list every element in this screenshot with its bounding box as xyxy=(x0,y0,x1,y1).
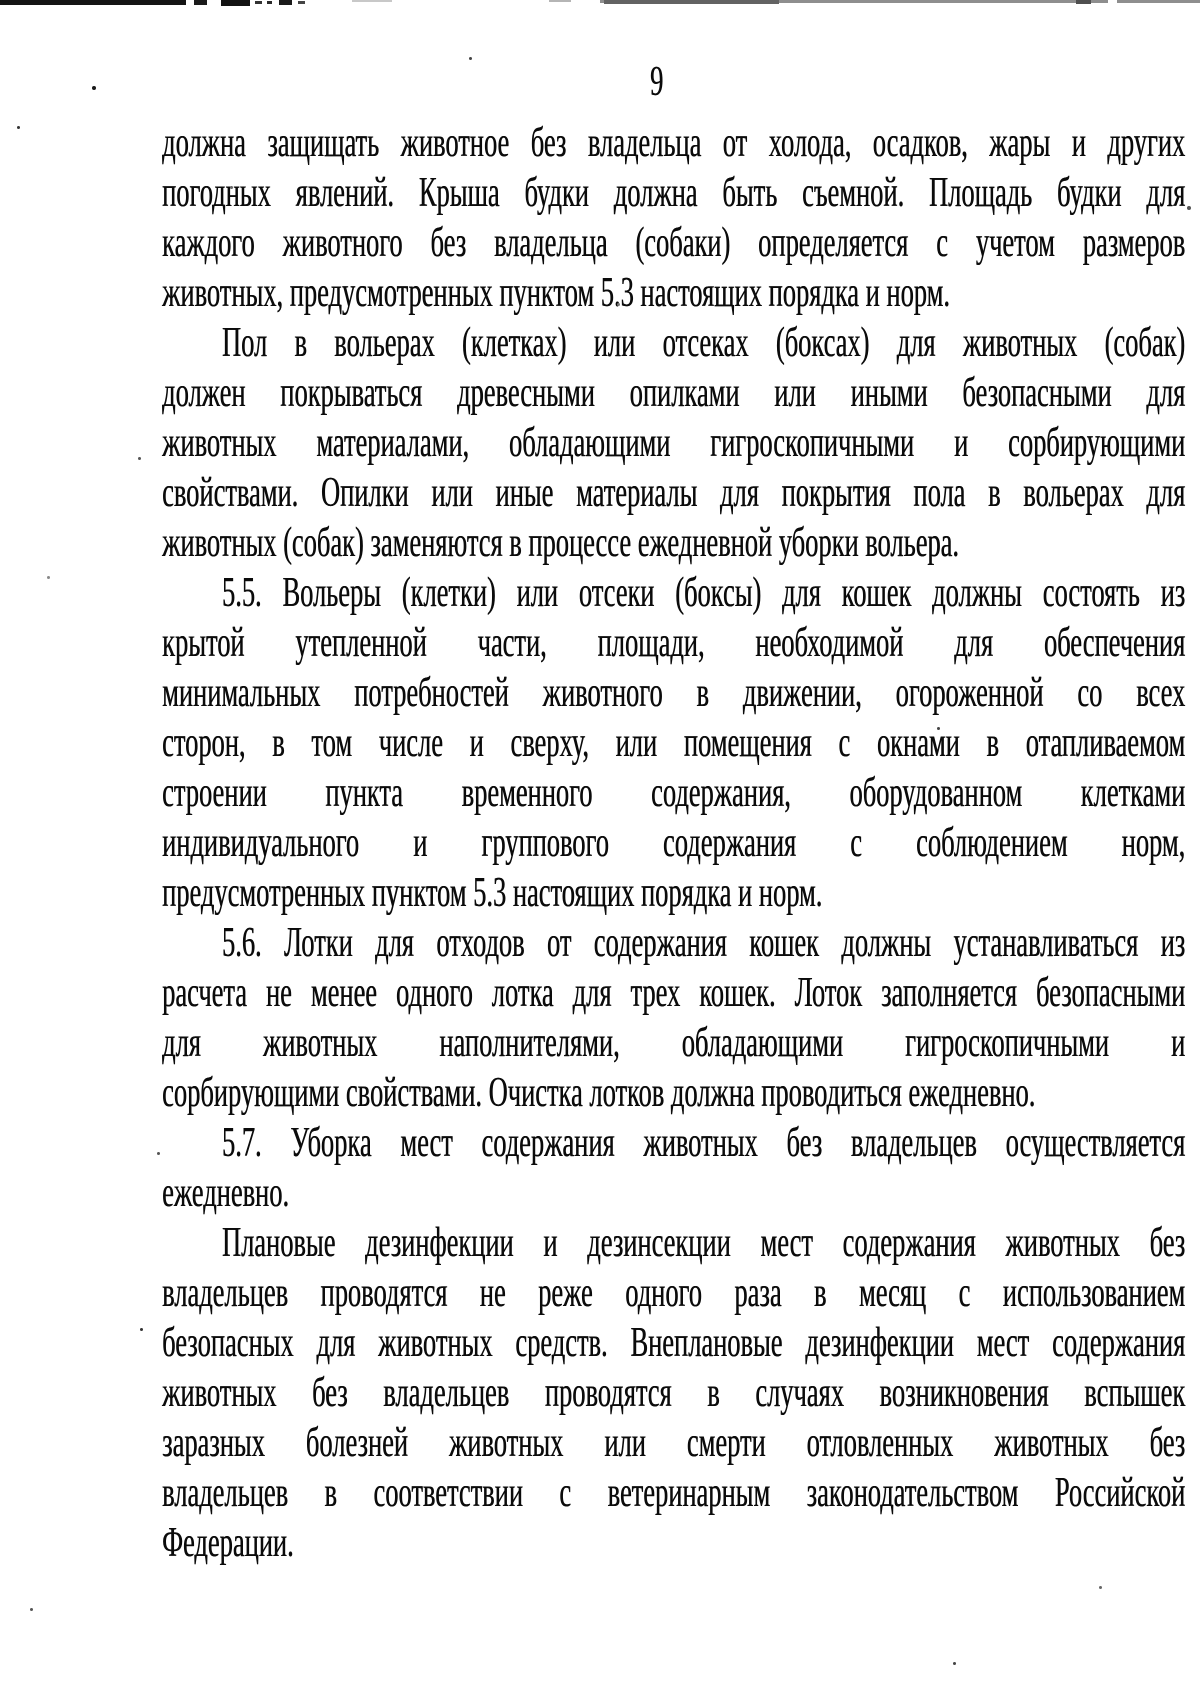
text-line: 5.5. Вольеры (клетки) или отсеки (боксы)… xyxy=(162,568,1185,618)
page-number: 9 xyxy=(650,61,663,103)
scan-speck xyxy=(140,1328,143,1331)
scan-speck xyxy=(30,1608,33,1611)
scan-edge-mark xyxy=(0,0,186,5)
document-text-block: должна защищать животное без владельца о… xyxy=(162,118,1185,1568)
scan-edge-mark xyxy=(549,0,571,2)
text-line: безопасных для животных средств. Внеплан… xyxy=(162,1318,1185,1368)
text-line: 5.7. Уборка мест содержания животных без… xyxy=(162,1118,1185,1168)
text-line: 5.6. Лотки для отходов от содержания кош… xyxy=(162,918,1185,968)
scan-speck xyxy=(17,126,20,129)
scan-speck xyxy=(230,186,233,189)
scan-edge-mark xyxy=(221,0,250,6)
text-line: сторон, в том числе и сверху, или помеще… xyxy=(162,718,1185,768)
scan-speck xyxy=(138,457,141,460)
text-line: заразных болезней животных или смерти от… xyxy=(162,1418,1185,1468)
scan-speck xyxy=(937,727,940,730)
scan-edge-mark xyxy=(352,0,392,2)
scan-speck xyxy=(1099,1586,1102,1589)
text-line: должна защищать животное без владельца о… xyxy=(162,118,1185,168)
text-line: Федерации. xyxy=(162,1518,1185,1568)
scan-edge-mark xyxy=(279,0,292,5)
text-line: животных материалами, обладающими гигрос… xyxy=(162,418,1185,468)
scan-edge-mark xyxy=(194,0,207,5)
scan-edge-mark xyxy=(267,1,272,4)
text-line: Пол в вольерах (клетках) или отсеках (бо… xyxy=(162,318,1185,368)
text-line: расчета не менее одного лотка для трех к… xyxy=(162,968,1185,1018)
text-line: должен покрываться древесными опилками и… xyxy=(162,368,1185,418)
text-line: животных без владельцев проводятся в слу… xyxy=(162,1368,1185,1418)
text-line: индивидуального и группового содержания … xyxy=(162,818,1185,868)
text-line: для животных наполнителями, обладающими … xyxy=(162,1018,1185,1068)
text-line: владельцев проводятся не реже одного раз… xyxy=(162,1268,1185,1318)
scan-edge-mark xyxy=(1076,0,1091,4)
scan-speck xyxy=(1187,206,1191,210)
scan-speck xyxy=(47,576,50,579)
text-line: ежедневно. xyxy=(162,1168,1185,1218)
text-line: предусмотренных пунктом 5.3 настоящих по… xyxy=(162,868,1185,918)
text-line: погодных явлений. Крыша будки должна быт… xyxy=(162,168,1185,218)
text-line: животных, предусмотренных пунктом 5.3 на… xyxy=(162,268,1185,318)
text-line: сорбирующими свойствами. Очистка лотков … xyxy=(162,1068,1185,1118)
text-line: минимальных потребностей животного в дви… xyxy=(162,668,1185,718)
text-line: крытой утепленной части, площади, необхо… xyxy=(162,618,1185,668)
text-line: Плановые дезинфекции и дезинсекции мест … xyxy=(162,1218,1185,1268)
text-line: каждого животного без владельца (собаки)… xyxy=(162,218,1185,268)
text-line: владельцев в соответствии с ветеринарным… xyxy=(162,1468,1185,1518)
text-line: животных (собак) заменяются в процессе е… xyxy=(162,518,1185,568)
scan-edge-mark xyxy=(298,1,305,4)
scan-speck xyxy=(617,303,620,306)
text-line: свойствами. Опилки или иные материалы дл… xyxy=(162,468,1185,518)
scan-edge-mark xyxy=(1108,0,1117,4)
scan-edge-mark xyxy=(255,1,262,4)
scan-speck xyxy=(953,1662,956,1665)
scan-speck xyxy=(92,86,96,90)
scanned-document-page: 9 должна защищать животное без владельца… xyxy=(0,0,1200,1705)
scan-speck xyxy=(157,1152,160,1155)
scan-speck xyxy=(469,57,472,60)
text-line: строении пункта временного содержания, о… xyxy=(162,768,1185,818)
scan-edge-mark xyxy=(604,0,779,4)
